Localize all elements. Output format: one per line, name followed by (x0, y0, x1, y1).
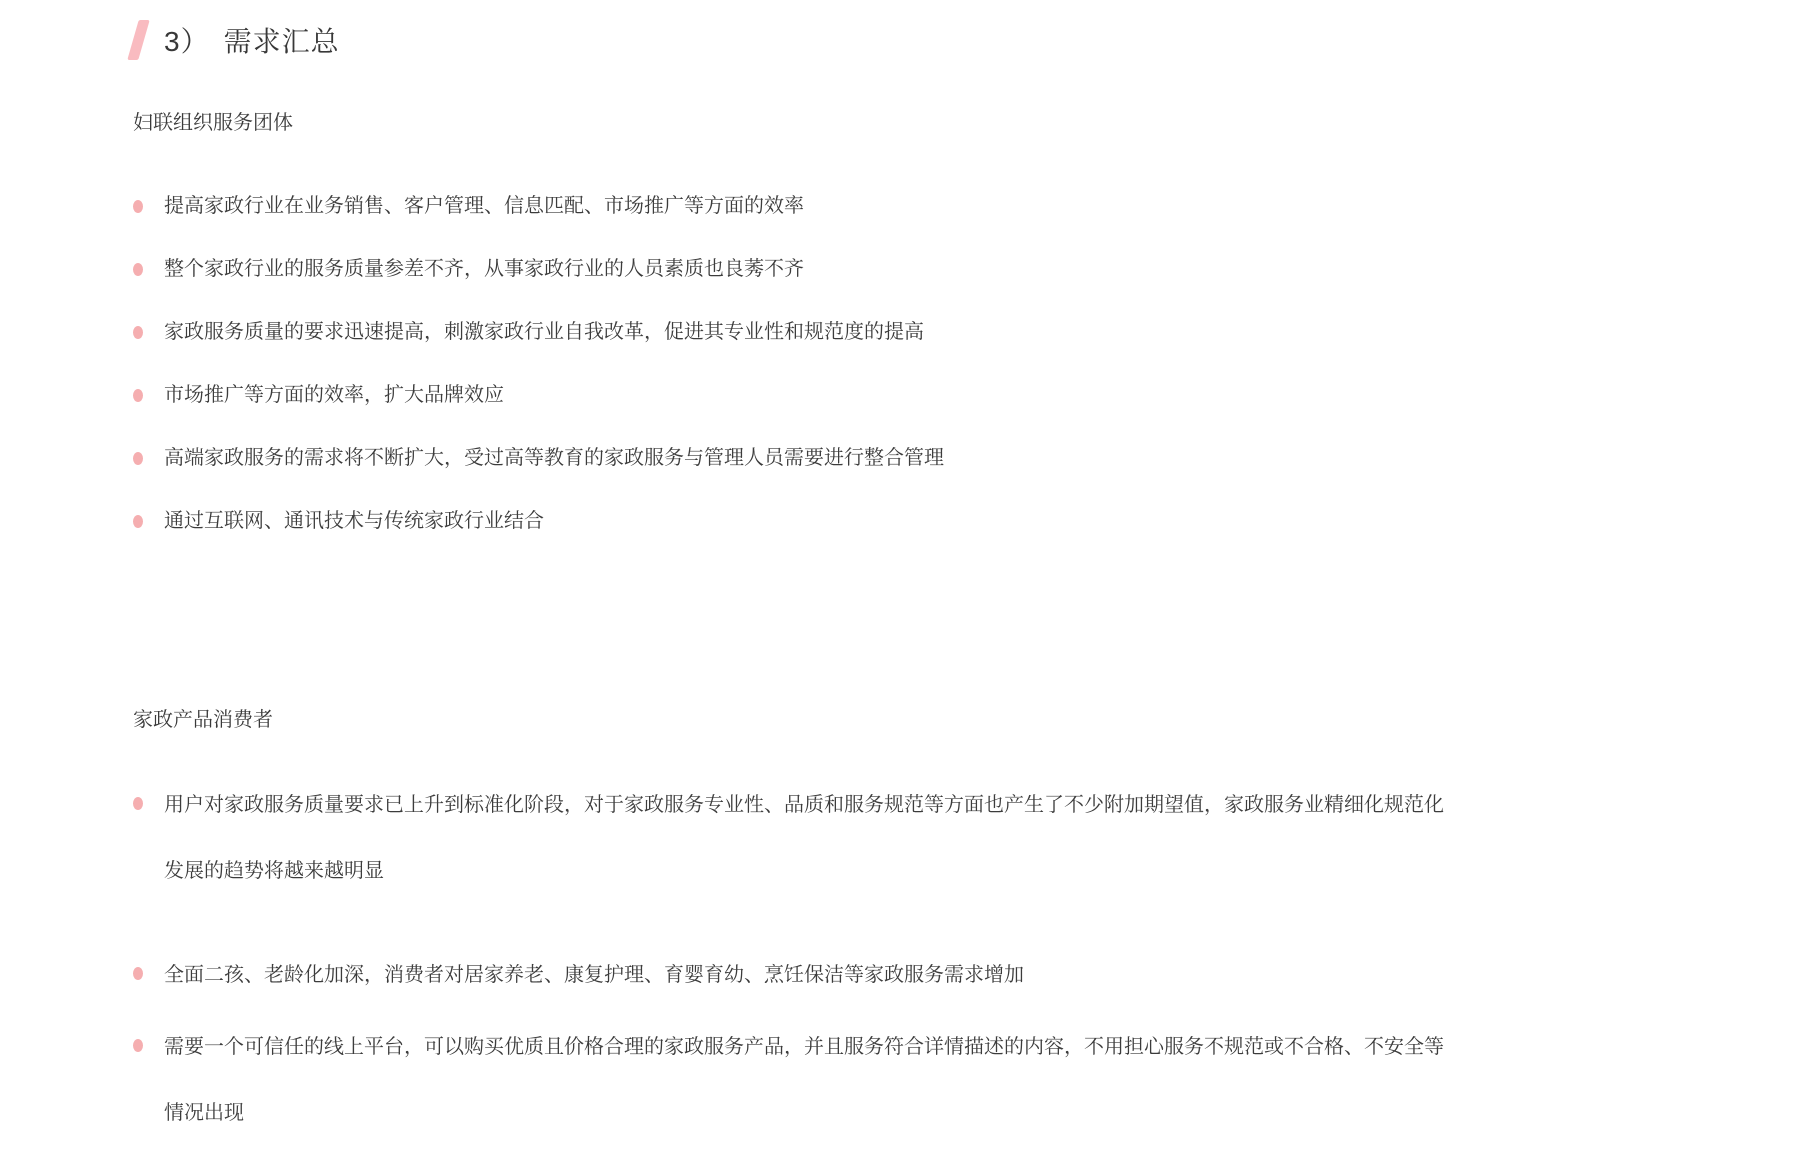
list-item: 整个家政行业的服务质量参差不齐，从事家政行业的人员素质也良莠不齐 (133, 238, 1463, 301)
page-title: 3） 需求汇总 (164, 20, 340, 60)
bullet-list-fulian: 提高家政行业在业务销售、客户管理、信息匹配、市场推广等方面的效率 整个家政行业的… (133, 175, 1800, 553)
section-heading: 3） 需求汇总 (133, 16, 1800, 64)
pink-slash-accent-icon (127, 20, 149, 60)
list-item: 通过互联网、通讯技术与传统家政行业结合 (133, 490, 1463, 553)
list-item: 提高家政行业在业务销售、客户管理、信息匹配、市场推广等方面的效率 (133, 175, 1463, 238)
heading-number: 3） (164, 20, 210, 60)
subtitle-consumers: 家政产品消费者 (133, 703, 1800, 732)
list-item: 需要一个可信任的线上平台，可以购买优质且价格合理的家政服务产品，并且服务符合详情… (133, 1014, 1463, 1146)
list-item: 家政服务质量的要求迅速提高，刺激家政行业自我改革，促进其专业性和规范度的提高 (133, 301, 1463, 364)
bullet-list-consumers: 用户对家政服务质量要求已上升到标准化阶段，对于家政服务专业性、品质和服务规范等方… (133, 772, 1800, 1146)
document-page: 3） 需求汇总 妇联组织服务团体 提高家政行业在业务销售、客户管理、信息匹配、市… (0, 0, 1800, 1146)
list-item: 高端家政服务的需求将不断扩大，受过高等教育的家政服务与管理人员需要进行整合管理 (133, 427, 1463, 490)
list-item: 全面二孩、老龄化加深，消费者对居家养老、康复护理、育婴育幼、烹饪保洁等家政服务需… (133, 942, 1463, 1008)
list-item: 用户对家政服务质量要求已上升到标准化阶段，对于家政服务专业性、品质和服务规范等方… (133, 772, 1463, 904)
heading-title: 需求汇总 (224, 20, 340, 60)
list-item: 市场推广等方面的效率，扩大品牌效应 (133, 364, 1463, 427)
subtitle-fulian-group: 妇联组织服务团体 (133, 106, 1800, 135)
